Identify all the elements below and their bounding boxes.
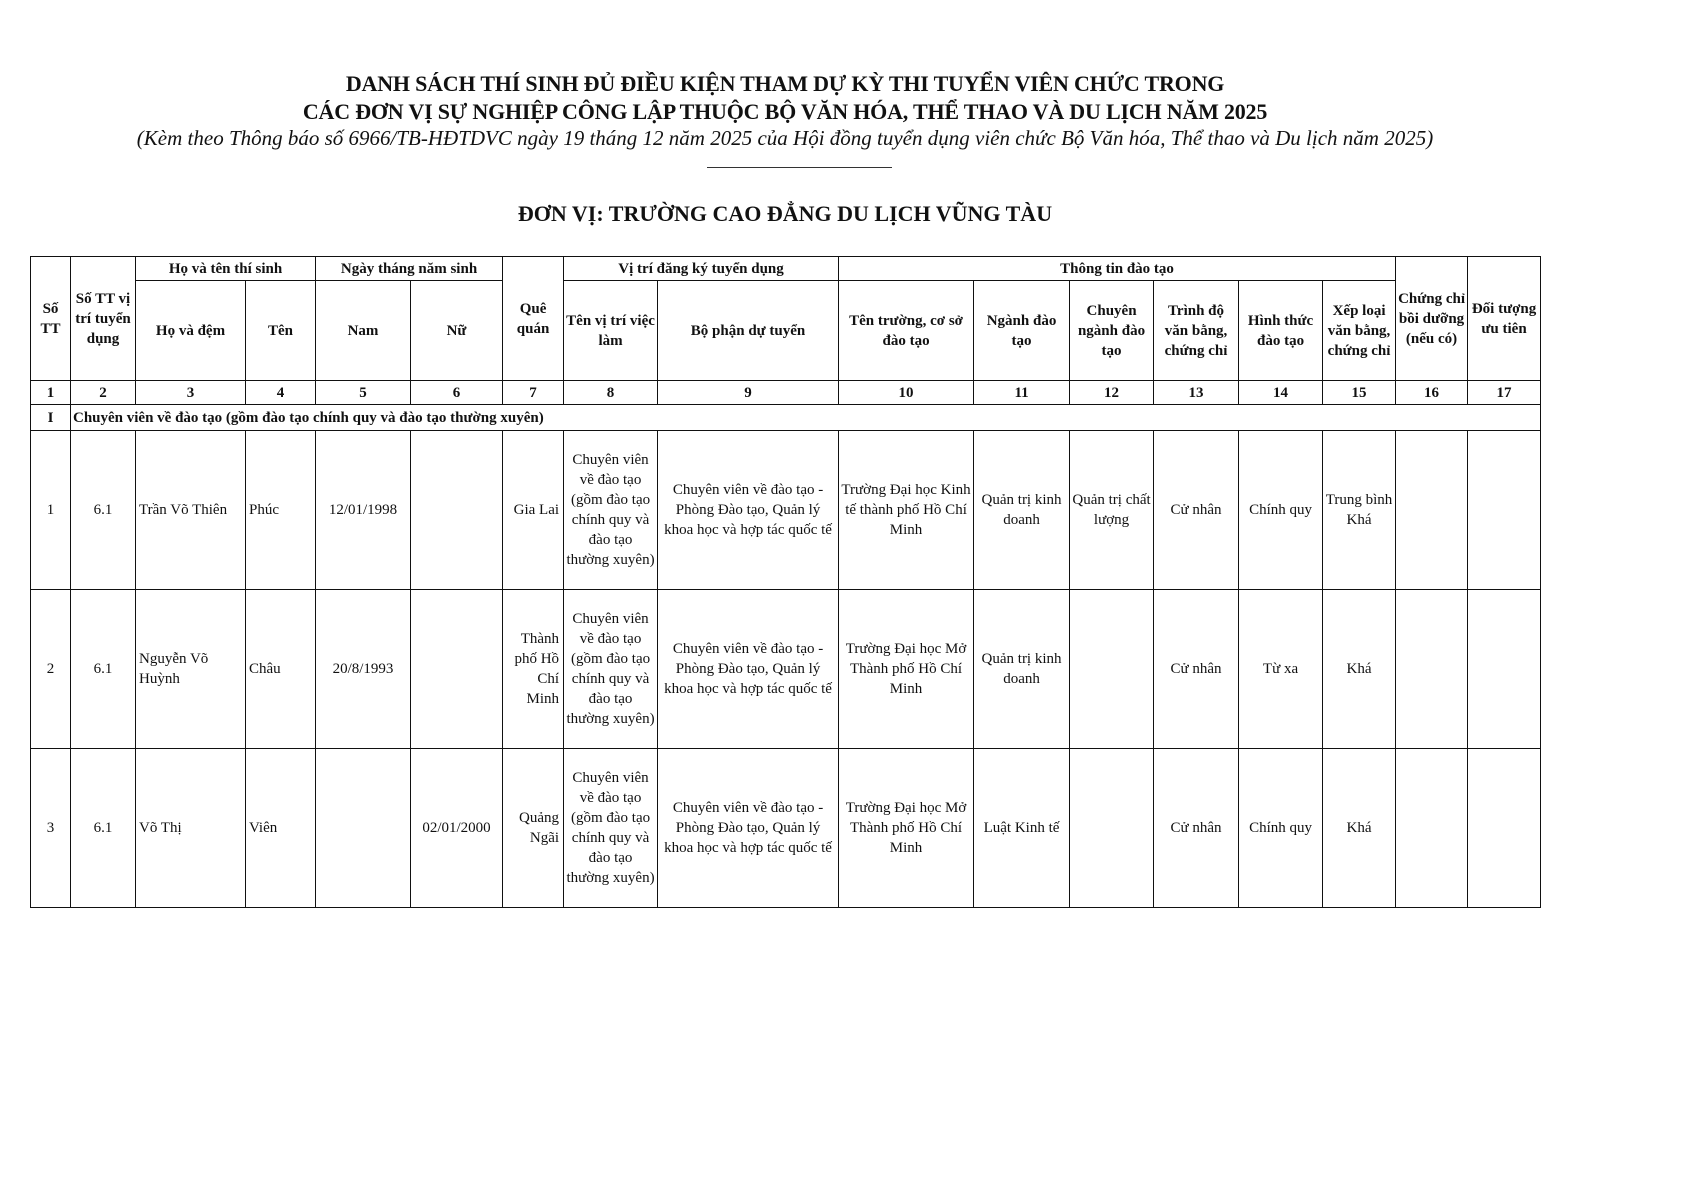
group-header-name: Họ và tên thí sinh: [136, 257, 316, 281]
column-number: 9: [658, 381, 839, 405]
col-header-school: Tên trường, cơ sở đào tạo: [839, 281, 974, 381]
table-row: 16.1Trần Võ ThiênPhúc12/01/1998Gia LaiCh…: [31, 431, 1541, 590]
cell-hometown: Gia Lai: [503, 431, 564, 590]
cell-school: Trường Đại học Kinh tế thành phố Hồ Chí …: [839, 431, 974, 590]
cell-female: 02/01/2000: [411, 749, 503, 908]
col-header-training-form: Hình thức đào tạo: [1239, 281, 1323, 381]
column-number: 13: [1154, 381, 1239, 405]
column-number: 8: [564, 381, 658, 405]
cell-priority: [1468, 431, 1541, 590]
column-number: 3: [136, 381, 246, 405]
cell-given-name: Phúc: [246, 431, 316, 590]
column-number-row: 1234567891011121314151617: [31, 381, 1541, 405]
document-subtitle: (Kèm theo Thông báo số 6966/TB-HĐTDVC ng…: [0, 126, 1570, 151]
cell-major: Luật Kinh tế: [974, 749, 1070, 908]
col-header-certificate: Chứng chỉ bồi dưỡng (nếu có): [1396, 257, 1468, 381]
cell-grade: Khá: [1323, 749, 1396, 908]
cell-school: Trường Đại học Mở Thành phố Hồ Chí Minh: [839, 590, 974, 749]
cell-department: Chuyên viên về đào tạo - Phòng Đào tạo, …: [658, 749, 839, 908]
col-header-position-no: Số TT vị trí tuyển dụng: [71, 257, 136, 381]
column-number: 14: [1239, 381, 1323, 405]
col-header-grade: Xếp loại văn bằng, chứng chỉ: [1323, 281, 1396, 381]
cell-surname: Nguyễn Võ Huỳnh: [136, 590, 246, 749]
col-header-degree: Trình độ văn bằng, chứng chỉ: [1154, 281, 1239, 381]
cell-major: Quản trị kinh doanh: [974, 431, 1070, 590]
col-header-surname: Họ và đệm: [136, 281, 246, 381]
col-header-given-name: Tên: [246, 281, 316, 381]
document-title-line-1: DANH SÁCH THÍ SINH ĐỦ ĐIỀU KIỆN THAM DỰ …: [0, 71, 1570, 97]
cell-position-no: 6.1: [71, 431, 136, 590]
column-number: 16: [1396, 381, 1468, 405]
cell-school: Trường Đại học Mở Thành phố Hồ Chí Minh: [839, 749, 974, 908]
column-number: 5: [316, 381, 411, 405]
table-header: Số TT Số TT vị trí tuyển dụng Họ và tên …: [31, 257, 1541, 405]
cell-certificate: [1396, 590, 1468, 749]
document-title-line-2: CÁC ĐƠN VỊ SỰ NGHIỆP CÔNG LẬP THUỘC BỘ V…: [0, 99, 1570, 125]
cell-surname: Trần Võ Thiên: [136, 431, 246, 590]
cell-surname: Võ Thị: [136, 749, 246, 908]
cell-female: [411, 431, 503, 590]
cell-degree: Cử nhân: [1154, 749, 1239, 908]
cell-specialization: [1070, 749, 1154, 908]
cell-specialization: [1070, 590, 1154, 749]
cell-department: Chuyên viên về đào tạo - Phòng Đào tạo, …: [658, 590, 839, 749]
cell-male: [316, 749, 411, 908]
section-row: I Chuyên viên về đào tạo (gồm đào tạo ch…: [31, 405, 1541, 431]
cell-stt: 1: [31, 431, 71, 590]
cell-priority: [1468, 590, 1541, 749]
table-row: 26.1Nguyễn Võ HuỳnhChâu20/8/1993Thành ph…: [31, 590, 1541, 749]
cell-major: Quản trị kinh doanh: [974, 590, 1070, 749]
col-header-hometown: Quê quán: [503, 257, 564, 381]
column-number: 15: [1323, 381, 1396, 405]
table-body: I Chuyên viên về đào tạo (gồm đào tạo ch…: [31, 405, 1541, 908]
col-header-priority: Đối tượng ưu tiên: [1468, 257, 1541, 381]
cell-job-title: Chuyên viên về đào tạo (gồm đào tạo chín…: [564, 431, 658, 590]
column-number: 10: [839, 381, 974, 405]
cell-job-title: Chuyên viên về đào tạo (gồm đào tạo chín…: [564, 749, 658, 908]
cell-stt: 2: [31, 590, 71, 749]
group-header-position: Vị trí đăng ký tuyển dụng: [564, 257, 839, 281]
cell-training-form: Chính quy: [1239, 749, 1323, 908]
col-header-male: Nam: [316, 281, 411, 381]
column-number: 7: [503, 381, 564, 405]
column-number: 1: [31, 381, 71, 405]
candidate-table: Số TT Số TT vị trí tuyển dụng Họ và tên …: [30, 256, 1541, 908]
cell-training-form: Chính quy: [1239, 431, 1323, 590]
cell-female: [411, 590, 503, 749]
cell-certificate: [1396, 749, 1468, 908]
cell-male: 20/8/1993: [316, 590, 411, 749]
cell-male: 12/01/1998: [316, 431, 411, 590]
cell-grade: Trung bình Khá: [1323, 431, 1396, 590]
cell-position-no: 6.1: [71, 749, 136, 908]
cell-position-no: 6.1: [71, 590, 136, 749]
cell-priority: [1468, 749, 1541, 908]
col-header-female: Nữ: [411, 281, 503, 381]
cell-degree: Cử nhân: [1154, 431, 1239, 590]
unit-heading: ĐƠN VỊ: TRƯỜNG CAO ĐẲNG DU LỊCH VŨNG TÀU: [0, 201, 1570, 227]
col-header-specialization: Chuyên ngành đào tạo: [1070, 281, 1154, 381]
column-number: 11: [974, 381, 1070, 405]
cell-certificate: [1396, 431, 1468, 590]
cell-hometown: Thành phố Hồ Chí Minh: [503, 590, 564, 749]
section-label: Chuyên viên về đào tạo (gồm đào tạo chín…: [71, 405, 1541, 431]
col-header-job-title: Tên vị trí việc làm: [564, 281, 658, 381]
cell-stt: 3: [31, 749, 71, 908]
column-number: 4: [246, 381, 316, 405]
col-header-major: Ngành đào tạo: [974, 281, 1070, 381]
title-divider: [707, 167, 892, 168]
cell-department: Chuyên viên về đào tạo - Phòng Đào tạo, …: [658, 431, 839, 590]
column-number: 12: [1070, 381, 1154, 405]
table-row: 36.1Võ ThịViên02/01/2000Quảng NgãiChuyên…: [31, 749, 1541, 908]
cell-grade: Khá: [1323, 590, 1396, 749]
cell-given-name: Châu: [246, 590, 316, 749]
group-header-dob: Ngày tháng năm sinh: [316, 257, 503, 281]
cell-given-name: Viên: [246, 749, 316, 908]
cell-training-form: Từ xa: [1239, 590, 1323, 749]
column-number: 17: [1468, 381, 1541, 405]
cell-degree: Cử nhân: [1154, 590, 1239, 749]
col-header-stt: Số TT: [31, 257, 71, 381]
col-header-department: Bộ phận dự tuyển: [658, 281, 839, 381]
section-number: I: [31, 405, 71, 431]
cell-specialization: Quản trị chất lượng: [1070, 431, 1154, 590]
group-header-training: Thông tin đào tạo: [839, 257, 1396, 281]
cell-hometown: Quảng Ngãi: [503, 749, 564, 908]
column-number: 6: [411, 381, 503, 405]
column-number: 2: [71, 381, 136, 405]
cell-job-title: Chuyên viên về đào tạo (gồm đào tạo chín…: [564, 590, 658, 749]
